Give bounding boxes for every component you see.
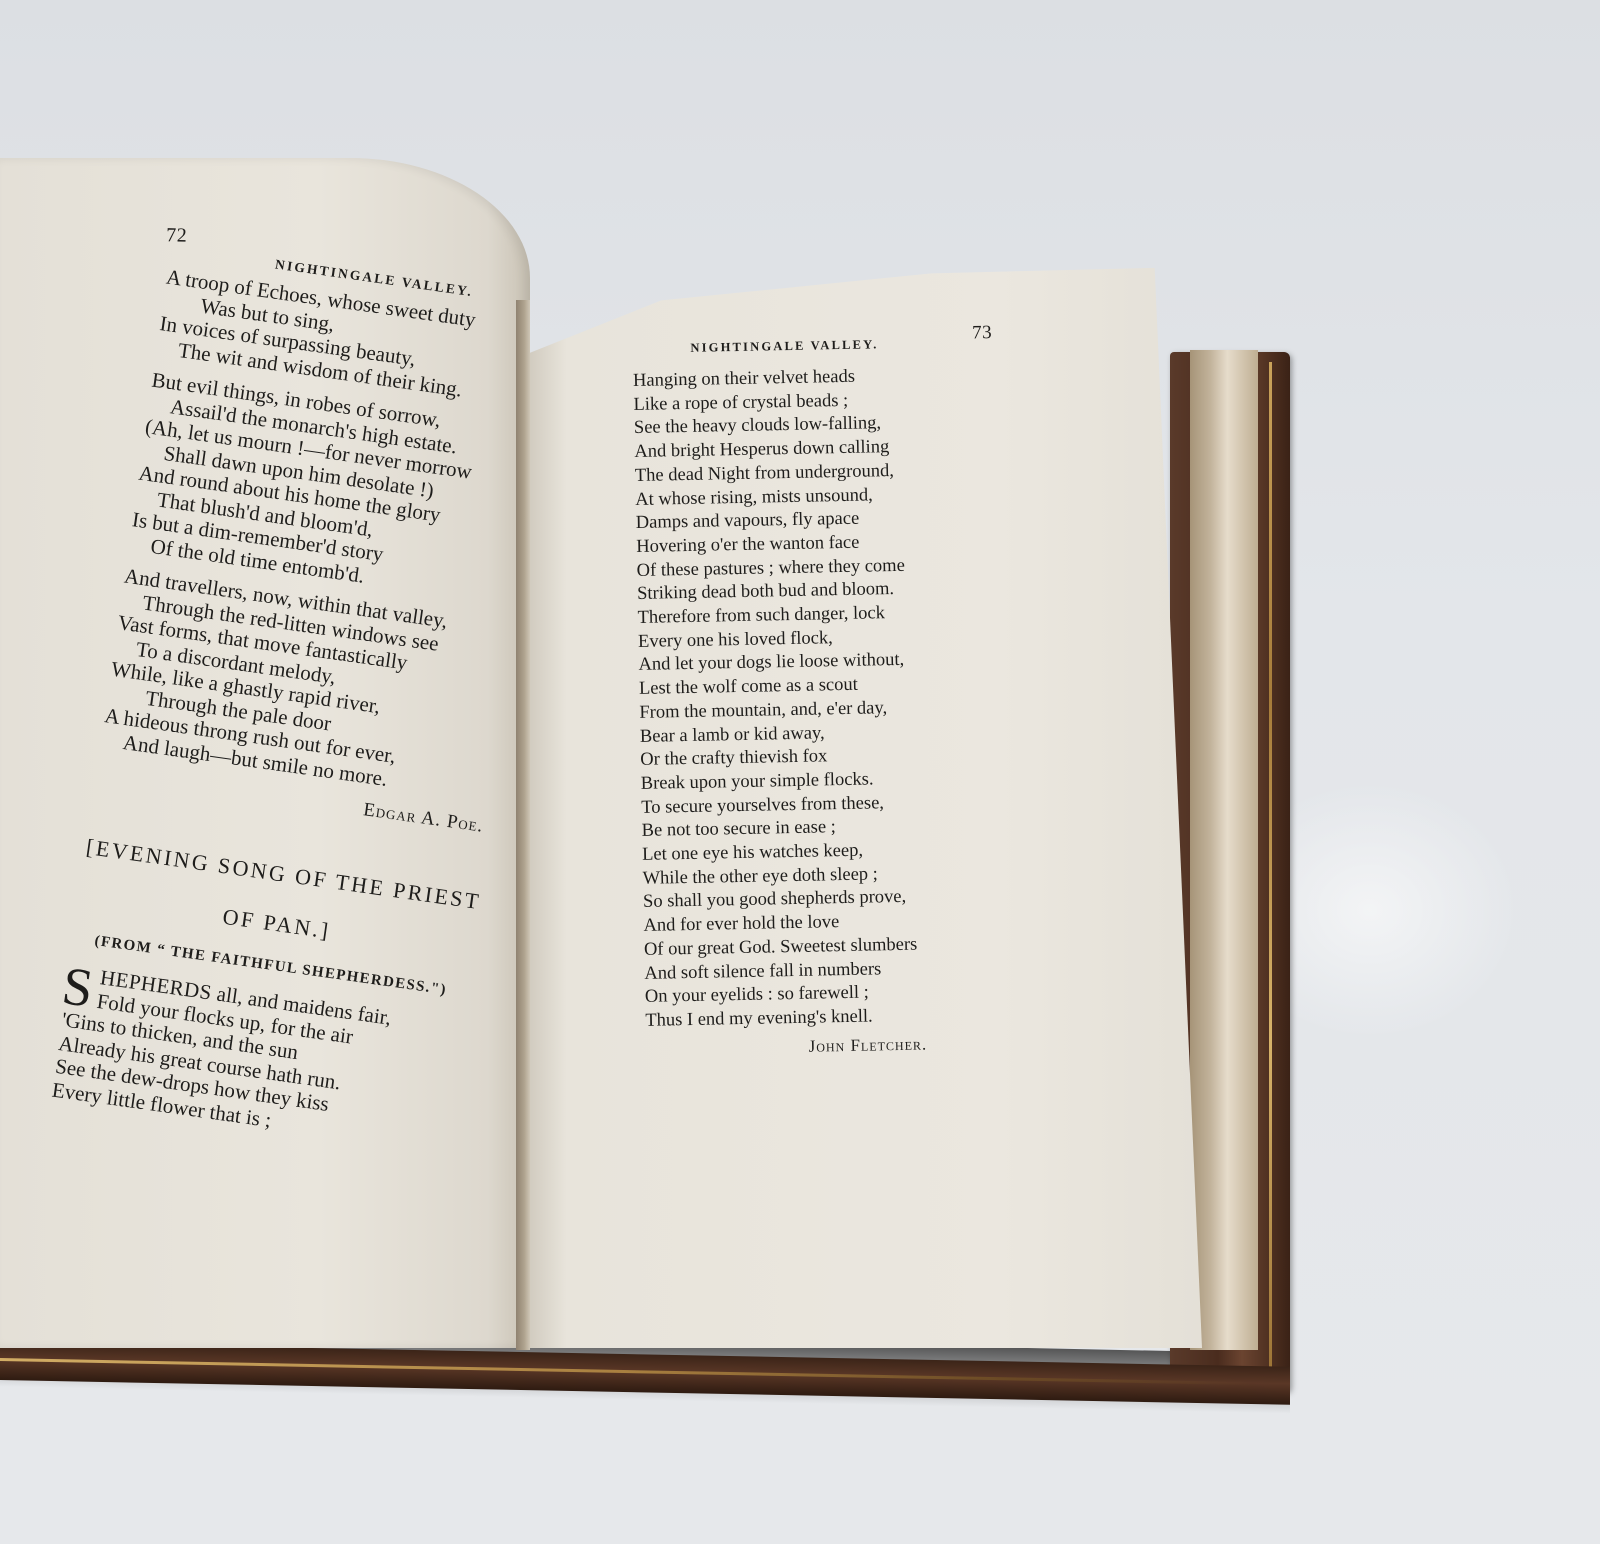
verse-line: Thus I end my evening's knell. (645, 1005, 919, 1034)
gilt-border-bottom (0, 1358, 1250, 1385)
photo-scene: 72 NIGHTINGALE VALLEY. A troop of Echoes… (0, 0, 1600, 1544)
page-number-right: 73 (972, 321, 992, 345)
page-number-left: 72 (166, 224, 187, 248)
gilt-border (1269, 362, 1272, 1378)
page-stack-edge (1190, 350, 1258, 1350)
drop-cap: S (60, 963, 96, 1011)
fletcher-poem-continued: Hanging on their velvet heads Like a rop… (633, 365, 920, 1062)
running-head-right: NIGHTINGALE VALLEY. (690, 333, 879, 360)
